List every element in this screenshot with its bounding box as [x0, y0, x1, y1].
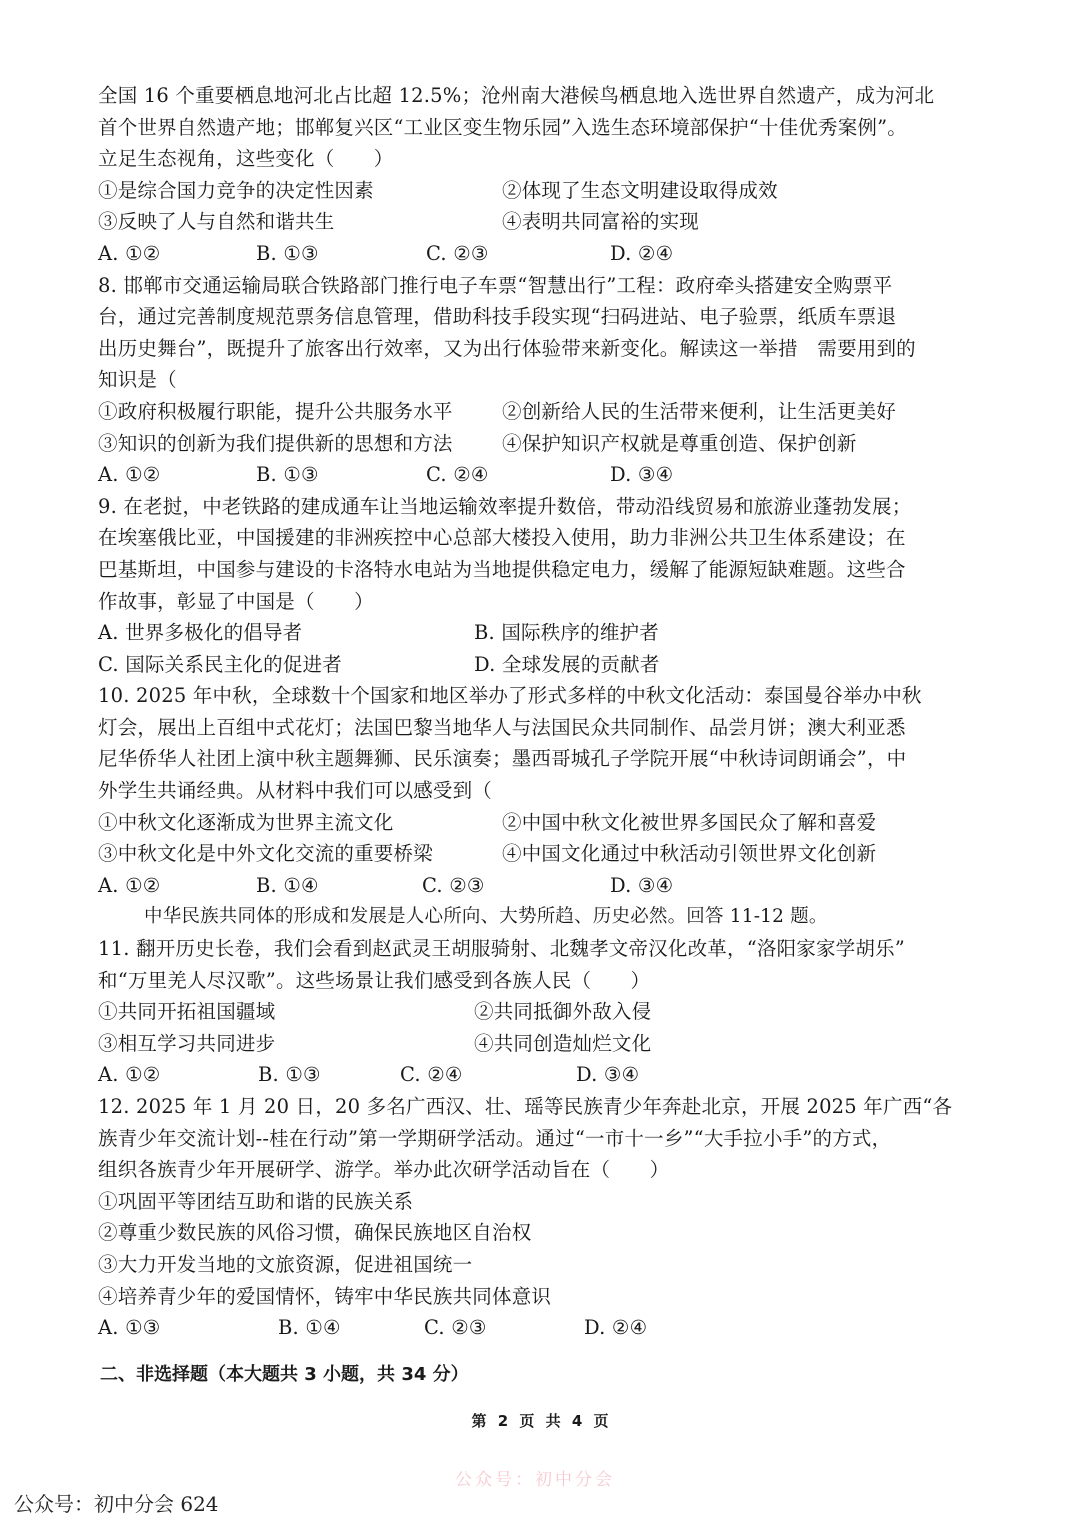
question-line: 出历史舞台”，既提升了旅客出行效率，又为出行体验带来新变化。解读这一举措 需要用… — [98, 333, 982, 365]
question-line: 台，通过完善制度规范票务信息管理，借助科技手段实现“扫码进站、电子验票，纸质车票… — [98, 301, 982, 333]
statement-4: ④保护知识产权就是尊重创造、保护创新 — [502, 428, 857, 460]
statement-1: ①共同开拓祖国疆域 — [98, 996, 474, 1028]
statement-2: ②体现了生态文明建设取得成效 — [502, 175, 778, 207]
statement-3: ③相互学习共同进步 — [98, 1028, 474, 1060]
choice-a: A. 世界多极化的倡导者 — [98, 617, 474, 649]
statement-4: ④中国文化通过中秋活动引领世界文化创新 — [502, 838, 876, 870]
statement-4: ④培养青少年的爱国情怀，铸牢中华民族共同体意识 — [98, 1281, 982, 1313]
question-line: 知识是（ — [98, 364, 982, 396]
question-12-stem: 12. 2025 年 1 月 20 日，20 多名广西汉、壮、瑶等民族青少年奔赴… — [98, 1091, 982, 1186]
choice-b: B. ①④ — [256, 870, 422, 902]
statement-2: ②共同抵御外敌入侵 — [474, 996, 651, 1028]
question-line: 全国 16 个重要栖息地河北占比超 12.5%；沧州南大港候鸟栖息地入选世界自然… — [98, 80, 982, 112]
statement-4: ④共同创造灿烂文化 — [474, 1028, 651, 1060]
watermark-black: 公众号：初中分会 624 — [14, 1488, 219, 1517]
material-intro: 中华民族共同体的形成和发展是人心所向、大势所趋、历史必然。回答 11-12 题。 — [98, 901, 982, 933]
choice-c: C. ②③ — [426, 238, 610, 270]
statement-2: ②尊重少数民族的风俗习惯，确保民族地区自治权 — [98, 1217, 982, 1249]
question-line: 族青少年交流计划--桂在行动”第一学期研学活动。通过“一市十一乡”“大手拉小手”… — [98, 1123, 982, 1155]
statement-1: ①中秋文化逐渐成为世界主流文化 — [98, 807, 502, 839]
question-line: 首个世界自然遗产地；邯郸复兴区“工业区变生物乐园”入选生态环境部保护“十佳优秀案… — [98, 112, 982, 144]
statement-2: ②中国中秋文化被世界多国民众了解和喜爱 — [502, 807, 876, 839]
question-line: 9. 在老挝，中老铁路的建成通车让当地运输效率提升数倍，带动沿线贸易和旅游业蓬勃… — [98, 491, 982, 523]
choice-row: C. 国际关系民主化的促进者 D. 全球发展的贡献者 — [98, 649, 982, 681]
question-10-stem: 10. 2025 年中秋，全球数十个国家和地区举办了形式多样的中秋文化活动：泰国… — [98, 680, 982, 806]
choice-a: A. ①② — [98, 459, 256, 491]
question-line: 8. 邯郸市交通运输局联合铁路部门推行电子车票“智慧出行”工程：政府牵头搭建安全… — [98, 270, 982, 302]
choice-d: D. ③④ — [576, 1059, 639, 1091]
statement-row: ③知识的创新为我们提供新的思想和方法 ④保护知识产权就是尊重创造、保护创新 — [98, 428, 982, 460]
statement-3: ③知识的创新为我们提供新的思想和方法 — [98, 428, 502, 460]
choice-c: C. ②④ — [426, 459, 610, 491]
question-8-stem: 8. 邯郸市交通运输局联合铁路部门推行电子车票“智慧出行”工程：政府牵头搭建安全… — [98, 270, 982, 396]
watermark-pink: 公众号：初中分会 — [455, 1465, 615, 1490]
statement-row: ①中秋文化逐渐成为世界主流文化 ②中国中秋文化被世界多国民众了解和喜爱 — [98, 807, 982, 839]
statement-3: ③中秋文化是中外文化交流的重要桥梁 — [98, 838, 502, 870]
choice-a: A. ①② — [98, 870, 256, 902]
question-line: 组织各族青少年开展研学、游学。举办此次研学活动旨在（ ） — [98, 1154, 982, 1186]
question-line: 外学生共诵经典。从材料中我们可以感受到（ — [98, 775, 982, 807]
choice-b: B. ①③ — [256, 459, 426, 491]
choice-row: A. ①② B. ①③ C. ②④ D. ③④ — [98, 1059, 982, 1091]
choice-d: D. ②④ — [584, 1312, 647, 1344]
statement-row: ①是综合国力竞争的决定性因素 ②体现了生态文明建设取得成效 — [98, 175, 982, 207]
statement-2: ②创新给人民的生活带来便利，让生活更美好 — [502, 396, 896, 428]
choice-d: D. 全球发展的贡献者 — [474, 649, 660, 681]
choice-row: A. 世界多极化的倡导者 B. 国际秩序的维护者 — [98, 617, 982, 649]
choice-row: A. ①② B. ①③ C. ②④ D. ③④ — [98, 459, 982, 491]
statement-row: ①政府积极履行职能，提升公共服务水平 ②创新给人民的生活带来便利，让生活更美好 — [98, 396, 982, 428]
question-11-stem: 11. 翻开历史长卷，我们会看到赵武灵王胡服骑射、北魏孝文帝汉化改革，“洛阳家家… — [98, 933, 982, 996]
exam-page: 全国 16 个重要栖息地河北占比超 12.5%；沧州南大港候鸟栖息地入选世界自然… — [98, 80, 982, 1344]
question-line: 作故事，彰显了中国是（ ） — [98, 586, 982, 618]
choice-d: D. ③④ — [610, 870, 673, 902]
question-9-stem: 9. 在老挝，中老铁路的建成通车让当地运输效率提升数倍，带动沿线贸易和旅游业蓬勃… — [98, 491, 982, 617]
section-title: 二、非选择题（本大题共 3 小题，共 34 分） — [100, 1360, 469, 1386]
question-line: 尼华侨华人社团上演中秋主题舞狮、民乐演奏；墨西哥城孔子学院开展“中秋诗词朗诵会”… — [98, 743, 982, 775]
statement-row: ③相互学习共同进步 ④共同创造灿烂文化 — [98, 1028, 982, 1060]
question-line: 12. 2025 年 1 月 20 日，20 多名广西汉、壮、瑶等民族青少年奔赴… — [98, 1091, 982, 1123]
choice-b: B. ①③ — [256, 238, 426, 270]
question-line: 灯会，展出上百组中式花灯；法国巴黎当地华人与法国民众共同制作、品尝月饼；澳大利亚… — [98, 712, 982, 744]
statement-1: ①是综合国力竞争的决定性因素 — [98, 175, 502, 207]
question-line: 11. 翻开历史长卷，我们会看到赵武灵王胡服骑射、北魏孝文帝汉化改革，“洛阳家家… — [98, 933, 982, 965]
statement-3: ③反映了人与自然和谐共生 — [98, 206, 502, 238]
statement-3: ③大力开发当地的文旅资源，促进祖国统一 — [98, 1249, 982, 1281]
choice-row: A. ①② B. ①③ C. ②③ D. ②④ — [98, 238, 982, 270]
statement-row: ③反映了人与自然和谐共生 ④表明共同富裕的实现 — [98, 206, 982, 238]
statement-1: ①政府积极履行职能，提升公共服务水平 — [98, 396, 502, 428]
choice-c: C. ②④ — [400, 1059, 576, 1091]
choice-row: A. ①② B. ①④ C. ②③ D. ③④ — [98, 870, 982, 902]
statement-4: ④表明共同富裕的实现 — [502, 206, 699, 238]
question-line: 立足生态视角，这些变化（ ） — [98, 143, 982, 175]
question-line: 10. 2025 年中秋，全球数十个国家和地区举办了形式多样的中秋文化活动：泰国… — [98, 680, 982, 712]
statement-row: ③中秋文化是中外文化交流的重要桥梁 ④中国文化通过中秋活动引领世界文化创新 — [98, 838, 982, 870]
question-line: 在埃塞俄比亚，中国援建的非洲疾控中心总部大楼投入使用，助力非洲公共卫生体系建设；… — [98, 522, 982, 554]
statement-row: ①共同开拓祖国疆域 ②共同抵御外敌入侵 — [98, 996, 982, 1028]
choice-d: D. ②④ — [610, 238, 673, 270]
choice-b: B. ①④ — [278, 1312, 424, 1344]
choice-a: A. ①② — [98, 238, 256, 270]
question-line: 和“万里羌人尽汉歌”。这些场景让我们感受到各族人民（ ） — [98, 965, 982, 997]
choice-d: D. ③④ — [610, 459, 673, 491]
choice-a: A. ①③ — [98, 1312, 278, 1344]
page-number: 第 2 页 共 4 页 — [0, 1410, 1080, 1431]
choice-b: B. ①③ — [258, 1059, 400, 1091]
choice-b: B. 国际秩序的维护者 — [474, 617, 659, 649]
choice-a: A. ①② — [98, 1059, 258, 1091]
question-7-stem: 全国 16 个重要栖息地河北占比超 12.5%；沧州南大港候鸟栖息地入选世界自然… — [98, 80, 982, 175]
choice-c: C. ②③ — [424, 1312, 584, 1344]
statement-1: ①巩固平等团结互助和谐的民族关系 — [98, 1186, 982, 1218]
choice-c: C. 国际关系民主化的促进者 — [98, 649, 474, 681]
choice-row: A. ①③ B. ①④ C. ②③ D. ②④ — [98, 1312, 982, 1344]
question-line: 巴基斯坦，中国参与建设的卡洛特水电站为当地提供稳定电力，缓解了能源短缺难题。这些… — [98, 554, 982, 586]
choice-c: C. ②③ — [422, 870, 610, 902]
